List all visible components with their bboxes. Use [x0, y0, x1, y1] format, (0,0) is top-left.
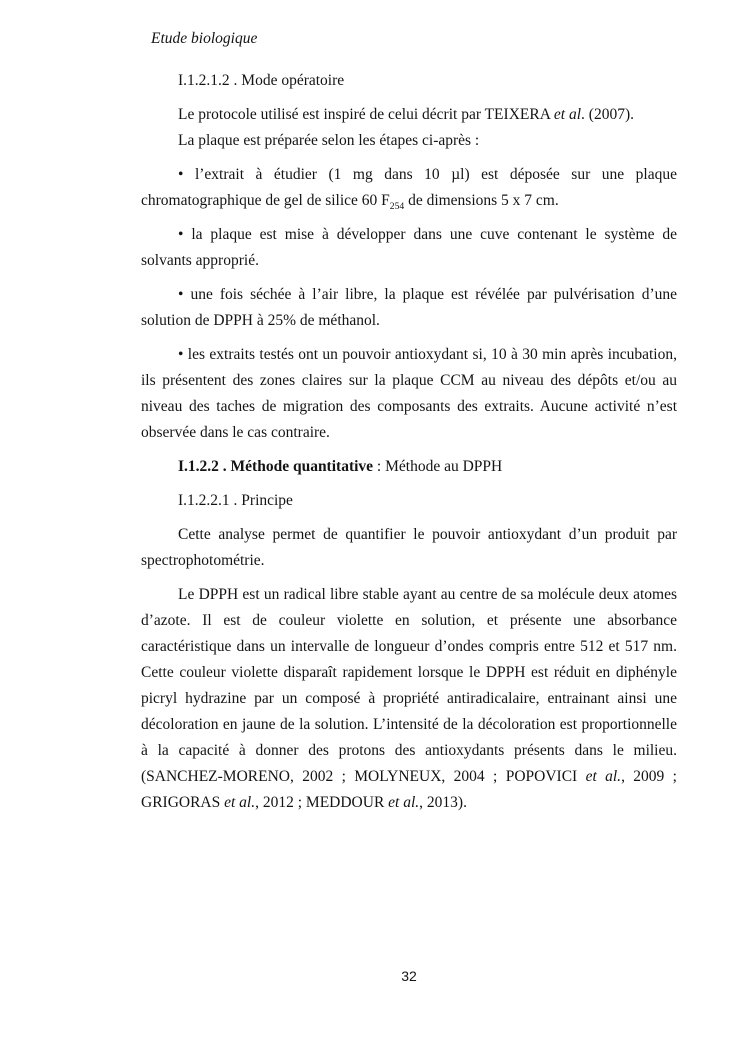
- page-number: 32: [141, 968, 677, 984]
- text-segment: , 2013).: [419, 794, 467, 811]
- text-segment: , 2012 ; MEDDOUR: [255, 794, 388, 811]
- paragraph: • une fois séchée à l’air libre, la plaq…: [141, 282, 677, 334]
- text-segment: La plaque est préparée selon les étapes …: [178, 132, 479, 149]
- text-segment: • une fois séchée à l’air libre, la plaq…: [141, 286, 677, 329]
- text-segment: I.1.2.2 . Méthode quantitative: [178, 458, 373, 475]
- text-segment: Cette analyse permet de quantifier le po…: [141, 526, 677, 569]
- text-segment: et al.: [388, 794, 419, 811]
- text-segment: • les extraits testés ont un pouvoir ant…: [141, 346, 677, 441]
- text-segment: de dimensions 5 x 7 cm.: [404, 192, 559, 209]
- text-segment: Le DPPH est un radical libre stable ayan…: [141, 586, 677, 785]
- text-segment: et al.: [224, 794, 255, 811]
- text-segment: : Méthode au DPPH: [373, 458, 502, 475]
- heading: I.1.2.2 . Méthode quantitative : Méthode…: [141, 454, 677, 480]
- paragraph: • la plaque est mise à développer dans u…: [141, 222, 677, 274]
- text-segment: Le protocole utilisé est inspiré de celu…: [178, 106, 554, 123]
- paragraph: La plaque est préparée selon les étapes …: [141, 128, 677, 154]
- text-segment: et al.: [586, 768, 622, 785]
- heading: I.1.2.2.1 . Principe: [141, 488, 677, 514]
- text-segment: 254: [390, 201, 404, 212]
- paragraph: • l’extrait à étudier (1 mg dans 10 µl) …: [141, 162, 677, 214]
- heading: I.1.2.1.2 . Mode opératoire: [141, 68, 677, 94]
- text-segment: • la plaque est mise à développer dans u…: [141, 226, 677, 269]
- paragraph: • les extraits testés ont un pouvoir ant…: [141, 342, 677, 446]
- document-page: Etude biologique I.1.2.1.2 . Mode opérat…: [0, 0, 746, 1053]
- paragraph: Le DPPH est un radical libre stable ayan…: [141, 582, 677, 816]
- paragraph: Cette analyse permet de quantifier le po…: [141, 522, 677, 574]
- text-segment: . (2007).: [581, 106, 634, 123]
- running-head: Etude biologique: [151, 30, 257, 48]
- text-segment: et al: [554, 106, 581, 123]
- text-segment: I.1.2.1.2 . Mode opératoire: [178, 72, 344, 89]
- document-body: I.1.2.1.2 . Mode opératoireLe protocole …: [141, 60, 677, 816]
- text-segment: I.1.2.2.1 . Principe: [178, 492, 293, 509]
- paragraph: Le protocole utilisé est inspiré de celu…: [141, 102, 677, 128]
